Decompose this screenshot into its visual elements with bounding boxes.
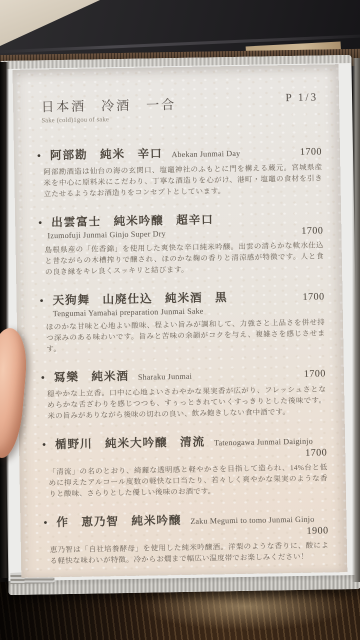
item-name-row: ● 冩樂 純米酒 Sharaku Junmai 1700	[41, 364, 326, 385]
sleeve-shadow-right	[352, 58, 360, 582]
bullet-icon: ●	[42, 441, 55, 448]
item-name-en: Sharaku Junmai	[138, 372, 192, 382]
bullet-icon: ●	[41, 374, 54, 381]
item-name-jp: 阿部勘 純米 辛口	[50, 145, 163, 163]
item-price: 1700	[304, 368, 326, 379]
item-price: 1700	[301, 225, 323, 236]
item-name-row: ● 出雲富士 純米吟醸 超辛口 Izumofuji Junmai Ginjo S…	[38, 209, 323, 241]
sleeve-shadow-left	[0, 62, 9, 578]
item-price: 1700	[300, 146, 322, 157]
item-name-jp: 冩樂 純米酒	[54, 368, 129, 385]
item-price: 1900	[307, 525, 329, 536]
menu-item: ● 楯野川 純米大吟醸 清流 Tatenogawa Junmai Daiginj…	[42, 431, 328, 499]
item-price: 1700	[302, 291, 324, 302]
item-name-jp: 作 恵乃智 純米吟醸	[56, 512, 181, 530]
item-description: ほのかな甘味と心地よい酸味、程よい旨みが調和して、力強さと上品さを併せ持つ深みの…	[46, 316, 326, 354]
menu-photo-scene: 日本酒 冷酒 一合 P 1/3 Sake (cold)1gou of sake …	[0, 0, 360, 640]
menu-page: 日本酒 冷酒 一合 P 1/3 Sake (cold)1gou of sake …	[13, 64, 348, 578]
item-name-row: ● 楯野川 純米大吟醸 清流 Tatenogawa Junmai Daiginj…	[42, 431, 327, 463]
item-name-en: Abekan Junmai Day	[171, 149, 240, 159]
menu-title-japanese: 日本酒 冷酒 一合	[41, 94, 176, 115]
item-description: 島根県産の「佐香錦」を使用した爽快な辛口純米吟醸。出雲の清らかな軟水仕込と昔なが…	[45, 239, 325, 277]
item-name-en: Tatenogawa Junmai Daiginjo	[214, 437, 313, 448]
item-description: 阿部勘酒造は仙台の海の玄関口、塩竈神社のふもとに門を構える蔵元。宮城県産米を中心…	[43, 161, 323, 199]
item-name-row: ● 阿部勘 純米 辛口 Abekan Junmai Day 1700	[37, 142, 322, 163]
item-name-en: Zaku Megumi to tomo Junmai Ginjo	[190, 515, 314, 526]
item-description: 「清流」の名のとおり、綺麗な透明感と軽やかさを目指して造られ、14%台と低めに抑…	[48, 461, 328, 499]
item-name-en: Izumofuji Junmai Ginjo Super Dry	[47, 229, 166, 240]
menu-item: ● 作 恵乃智 純米吟醸 Zaku Megumi to tomo Junmai …	[43, 509, 329, 566]
menu-item: ● 阿部勘 純米 辛口 Abekan Junmai Day 1700 阿部勘酒造…	[37, 142, 323, 199]
menu-item: ● 天狗舞 山廃仕込 純米酒 黒 Tengumai Yamahai prepar…	[39, 287, 325, 354]
item-description: 恵乃智は「自社培養酵母」を使用した純米吟醸酒。洋梨のような香りに、酸による軽快な…	[50, 539, 329, 566]
bullet-icon: ●	[43, 519, 56, 526]
item-description: 穏やかな上立香。口中に心地よいさわやかな果実香が広がり、フレッシュさとなめらかな…	[47, 383, 327, 421]
item-name-row: ● 天狗舞 山廃仕込 純米酒 黒 Tengumai Yamahai prepar…	[39, 287, 324, 318]
bullet-icon: ●	[39, 297, 52, 304]
item-name-jp: 出雲富士 純米吟醸 超辛口	[51, 211, 214, 230]
item-name-jp: 楯野川 純米大吟醸 清流	[55, 434, 205, 453]
page-number-label: P 1/3	[285, 92, 321, 105]
item-name-row: ● 作 恵乃智 純米吟醸 Zaku Megumi to tomo Junmai …	[43, 509, 328, 541]
menu-item-list: ● 阿部勘 純米 辛口 Abekan Junmai Day 1700 阿部勘酒造…	[37, 142, 329, 566]
item-price: 1700	[305, 447, 327, 458]
menu-item: ● 出雲富士 純米吟醸 超辛口 Izumofuji Junmai Ginjo S…	[38, 209, 324, 277]
menu-header: 日本酒 冷酒 一合 P 1/3	[36, 92, 321, 116]
bullet-icon: ●	[37, 152, 50, 159]
menu-item: ● 冩樂 純米酒 Sharaku Junmai 1700 穏やかな上立香。口中に…	[41, 364, 327, 421]
item-name-jp: 天狗舞 山廃仕込 純米酒 黒	[52, 289, 227, 308]
bullet-icon: ●	[38, 219, 51, 226]
menu-binder: 日本酒 冷酒 一合 P 1/3 Sake (cold)1gou of sake …	[0, 55, 360, 595]
